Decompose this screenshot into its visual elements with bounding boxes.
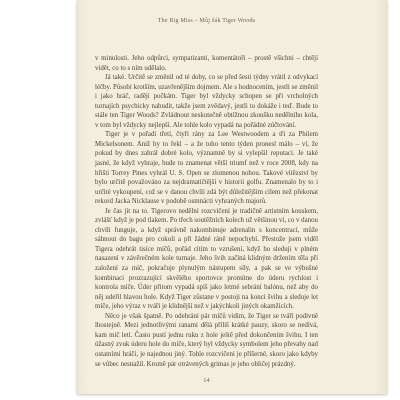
paragraph: Je čas jít na to. Tigerovo nedělní rozcv… <box>95 207 318 312</box>
paragraph: Něco je však špatně. Po odehrání pár míč… <box>95 312 318 369</box>
paragraph: v minulosti. Jeho odpůrci, sympatizanti,… <box>95 54 318 73</box>
page-number: 14 <box>95 377 318 384</box>
book-page: The Big Miss – Můj žák Tiger Woods v min… <box>77 0 387 394</box>
paragraph: Já také. Určitě se změnil od té doby, co… <box>95 73 318 130</box>
running-header: The Big Miss – Můj žák Tiger Woods <box>95 18 318 24</box>
paragraph: Tiger je v pořadí třetí, čtyři rány za L… <box>95 130 318 206</box>
scanned-page-background: The Big Miss – Můj žák Tiger Woods v min… <box>0 0 400 400</box>
body-text: v minulosti. Jeho odpůrci, sympatizanti,… <box>95 54 318 369</box>
